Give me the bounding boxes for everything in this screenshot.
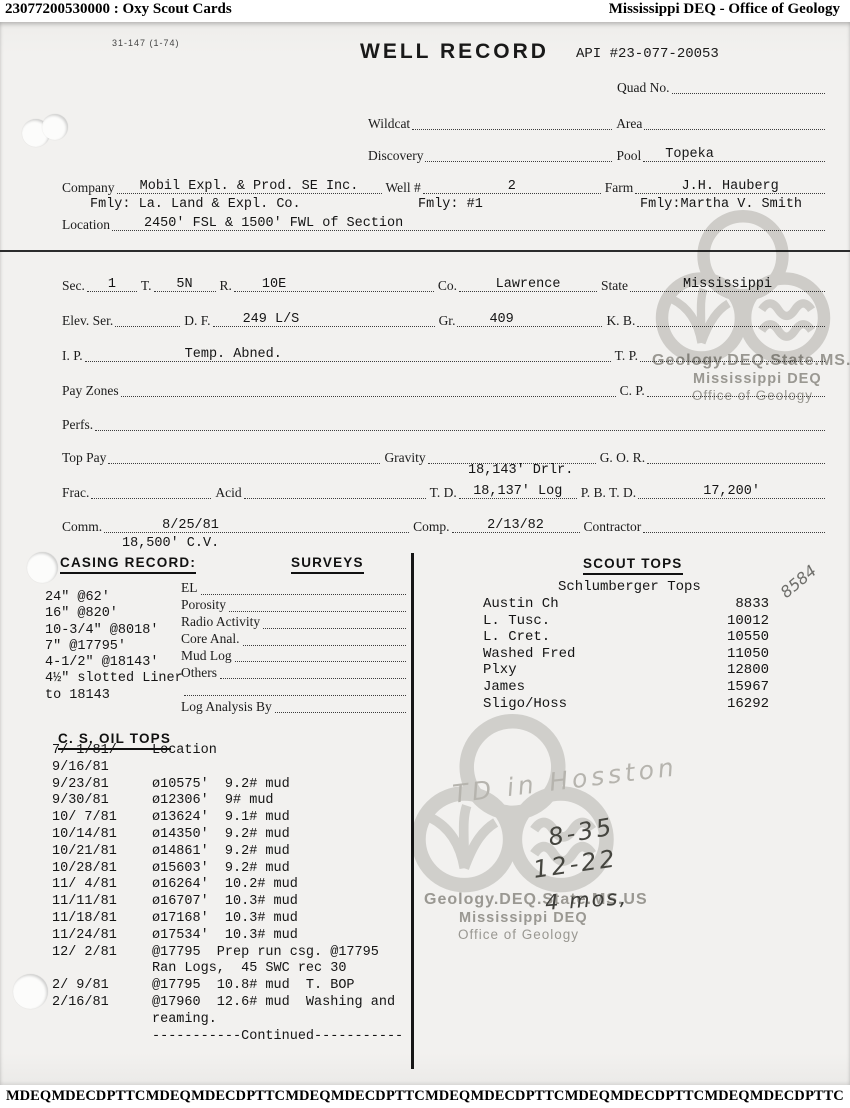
sec-value: 1 bbox=[108, 278, 116, 292]
footer-stamp: MDECD bbox=[471, 1088, 526, 1105]
gr-line: 409 bbox=[457, 307, 602, 327]
pbtd-value: 17,200' bbox=[703, 485, 760, 499]
casing-record-item: 4-1/2" @18143' bbox=[45, 655, 183, 671]
field-quad-no: Quad No. bbox=[617, 74, 825, 94]
sec-line: 1 bbox=[87, 272, 137, 292]
field-company-well-farm: Company Mobil Expl. & Prod. SE Inc. Well… bbox=[62, 174, 825, 194]
county-label: Co. bbox=[434, 279, 459, 293]
contractor-label: Contractor bbox=[580, 520, 644, 534]
county-value: Lawrence bbox=[496, 278, 561, 292]
footer-stamp: MDECD bbox=[750, 1088, 805, 1105]
column-divider-line bbox=[411, 553, 414, 1069]
report-detail: ø14861' 9.2# mud bbox=[152, 844, 290, 861]
surveys-list: EL Porosity Radio Activity Core Anal. Mu… bbox=[181, 578, 406, 713]
survey-dotted-line bbox=[243, 629, 407, 646]
report-detail: @17960 12.6# mud Washing and bbox=[152, 995, 395, 1012]
field-location: Location 2450' FSL & 1500' FWL of Sectio… bbox=[62, 211, 825, 231]
ip-value: Temp. Abned. bbox=[185, 348, 282, 362]
survey-row: Core Anal. bbox=[181, 629, 406, 646]
report-date bbox=[52, 1012, 152, 1029]
report-date: 12/ 2/81 bbox=[52, 945, 152, 962]
survey-label: Mud Log bbox=[181, 649, 235, 663]
perfs-label: Perfs. bbox=[62, 418, 95, 432]
agency-name: Mississippi DEQ - Office of Geology bbox=[609, 1, 840, 18]
footer-stamp: PTTC bbox=[526, 1088, 565, 1105]
oil-tops-row: reaming. bbox=[52, 1012, 403, 1029]
oil-tops-row: -----------Continued----------- bbox=[52, 1029, 403, 1046]
td-log-value: 18,137' Log bbox=[473, 485, 562, 499]
well-no-value: 2 bbox=[508, 180, 516, 194]
hole-punch-top-b bbox=[42, 114, 68, 140]
report-detail: reaming. bbox=[152, 1012, 217, 1029]
scout-tops-row: Washed Fred 11050 bbox=[483, 646, 769, 663]
quad-no-label: Quad No. bbox=[617, 81, 672, 95]
footer-stamp: MDECD bbox=[331, 1088, 386, 1105]
page-title: WELL RECORD bbox=[360, 40, 549, 64]
well-no-label: Well # bbox=[382, 181, 423, 195]
company-value: Mobil Expl. & Prod. SE Inc. bbox=[140, 180, 359, 194]
oil-tops-row: 10/28/81 ø15603' 9.2# mud bbox=[52, 861, 403, 878]
formation-depth: 11050 bbox=[727, 646, 769, 663]
field-wildcat-area: Wildcat Area bbox=[368, 110, 825, 130]
oil-tops-row: 10/21/81 ø14861' 9.2# mud bbox=[52, 844, 403, 861]
scout-tops-row: James 15967 bbox=[483, 679, 769, 696]
well-no-line: 2 bbox=[423, 174, 601, 194]
tp-line bbox=[640, 342, 825, 362]
report-detail: ø13624' 9.1# mud bbox=[152, 810, 290, 827]
farm-label: Farm bbox=[601, 181, 636, 195]
survey-row: Radio Activity bbox=[181, 612, 406, 629]
comm-cv-value: 18,500' C.V. bbox=[122, 536, 219, 551]
survey-row: Log Analysis By bbox=[181, 696, 406, 713]
oil-tops-row: Ran Logs, 45 SWC rec 30 bbox=[52, 961, 403, 978]
formation-name: Austin Ch bbox=[483, 596, 559, 613]
oil-tops-row: 2/ 9/81 @17795 10.8# mud T. BOP bbox=[52, 978, 403, 995]
mdeq-logo-watermark-center bbox=[390, 714, 635, 902]
survey-row: Others bbox=[181, 662, 406, 679]
pool-line: Topeka bbox=[643, 142, 825, 162]
formation-depth: 10012 bbox=[727, 613, 769, 630]
section-divider-line bbox=[0, 250, 850, 252]
report-detail: @17795 10.8# mud T. BOP bbox=[152, 978, 355, 995]
report-date: 2/16/81 bbox=[52, 995, 152, 1012]
survey-label: EL bbox=[181, 581, 201, 595]
handwritten-note-4mos: 4 mos, bbox=[544, 885, 628, 915]
survey-dotted-line bbox=[229, 595, 406, 612]
elev-ser-label: Elev. Ser. bbox=[62, 314, 115, 328]
report-detail: ø17168' 10.3# mud bbox=[152, 911, 298, 928]
df-label: D. F. bbox=[180, 314, 212, 328]
document-id: 23077200530000 : Oxy Scout Cards bbox=[5, 1, 232, 18]
elev-ser-line bbox=[115, 307, 180, 327]
oil-tops-row: 10/14/81 ø14350' 9.2# mud bbox=[52, 827, 403, 844]
company-label: Company bbox=[62, 181, 117, 195]
report-detail: Location bbox=[152, 743, 217, 760]
api-number: API #23-077-20053 bbox=[576, 46, 719, 62]
formation-depth: 16292 bbox=[727, 696, 769, 713]
report-date: 11/24/81 bbox=[52, 928, 152, 945]
report-detail: ø16264' 10.2# mud bbox=[152, 877, 298, 894]
wildcat-label: Wildcat bbox=[368, 117, 412, 131]
form-number: 31-147 (1-74) bbox=[112, 38, 180, 48]
scout-tops-row: Sligo/Hoss 16292 bbox=[483, 696, 769, 713]
pay-zones-label: Pay Zones bbox=[62, 384, 121, 398]
bottom-footer-bar: MDEQMDECDPTTCMDEQMDECDPTTCMDEQMDECDPTTCM… bbox=[0, 1085, 850, 1108]
field-perfs: Perfs. bbox=[62, 411, 825, 431]
survey-label: Radio Activity bbox=[181, 615, 263, 629]
oil-tops-row: 7/ 1/81/ Location bbox=[52, 743, 403, 760]
formation-name: L. Cret. bbox=[483, 629, 550, 646]
survey-row: Mud Log bbox=[181, 646, 406, 663]
gr-value: 409 bbox=[489, 313, 513, 327]
report-detail: ø12306' 9# mud bbox=[152, 793, 274, 810]
report-detail: @17795 Prep run csg. @17795 bbox=[152, 945, 379, 962]
gor-line bbox=[647, 444, 825, 464]
footer-stamp: MDEQ bbox=[704, 1088, 749, 1105]
tp-label: T. P. bbox=[611, 349, 640, 363]
gravity-line bbox=[428, 444, 596, 464]
well-no-fmly: Fmly: #1 bbox=[418, 197, 483, 212]
footer-stamp: MDEQ bbox=[565, 1088, 610, 1105]
oil-tops-row: 10/ 7/81 ø13624' 9.1# mud bbox=[52, 810, 403, 827]
report-date: 10/14/81 bbox=[52, 827, 152, 844]
comp-label: Comp. bbox=[409, 520, 451, 534]
area-line bbox=[644, 110, 825, 130]
oil-tops-row: 2/16/81 @17960 12.6# mud Washing and bbox=[52, 995, 403, 1012]
comp-value: 2/13/82 bbox=[487, 519, 544, 533]
footer-stamp: MDEQ bbox=[425, 1088, 470, 1105]
field-toppay-gravity-gor: Top Pay Gravity G. O. R. bbox=[62, 444, 825, 464]
field-ip-tp: I. P. Temp. Abned. T. P. bbox=[62, 342, 825, 362]
township-line: 5N bbox=[154, 272, 216, 292]
surveys-title: SURVEYS bbox=[291, 555, 364, 574]
survey-label: Others bbox=[181, 666, 220, 680]
watermark-agency-center: Mississippi DEQ bbox=[459, 910, 588, 926]
kb-label: K. B. bbox=[602, 314, 637, 328]
td-label: T. D. bbox=[426, 486, 459, 500]
kb-line bbox=[637, 307, 825, 327]
frac-label: Frac. bbox=[62, 486, 91, 500]
footer-stamp: PTTC bbox=[107, 1088, 146, 1105]
oil-tops-row: 12/ 2/81 @17795 Prep run csg. @17795 bbox=[52, 945, 403, 962]
field-comm-comp-contractor: Comm. 8/25/81 Comp. 2/13/82 Contractor bbox=[62, 513, 825, 533]
contractor-line bbox=[643, 513, 825, 533]
footer-stamp: PTTC bbox=[805, 1088, 844, 1105]
scout-tops-row: L. Cret. 10550 bbox=[483, 629, 769, 646]
state-line: Mississippi bbox=[630, 272, 825, 292]
report-date: 10/21/81 bbox=[52, 844, 152, 861]
survey-label: Core Anal. bbox=[181, 632, 243, 646]
casing-record-list: 24" @62'16" @820'10-3/4" @8018'7" @17795… bbox=[45, 590, 183, 704]
range-line: 10E bbox=[234, 272, 434, 292]
report-detail: Ran Logs, 45 SWC rec 30 bbox=[152, 961, 346, 978]
frac-line bbox=[91, 479, 211, 499]
survey-row: Porosity bbox=[181, 595, 406, 612]
field-discovery-pool: Discovery Pool Topeka bbox=[368, 142, 825, 162]
company-fmly: Fmly: La. Land & Expl. Co. bbox=[90, 197, 301, 212]
gravity-label: Gravity bbox=[380, 451, 427, 465]
report-date bbox=[52, 1029, 152, 1046]
scout-tops-table: Austin Ch 8833 L. Tusc. 10012 L. Cret. 1… bbox=[483, 596, 769, 712]
sec-label: Sec. bbox=[62, 279, 87, 293]
handwritten-note-8-35: 8-35 bbox=[546, 812, 616, 851]
formation-name: Plxy bbox=[483, 662, 517, 679]
footer-stamp: PTTC bbox=[386, 1088, 425, 1105]
survey-dotted-line bbox=[263, 612, 406, 629]
oil-tops-row: 11/18/81 ø17168' 10.3# mud bbox=[52, 911, 403, 928]
county-line: Lawrence bbox=[459, 272, 597, 292]
scout-tops-row: Austin Ch 8833 bbox=[483, 596, 769, 613]
report-date: 11/11/81 bbox=[52, 894, 152, 911]
casing-record-item: 10-3/4" @8018' bbox=[45, 623, 183, 639]
farm-value: J.H. Hauberg bbox=[682, 180, 779, 194]
report-detail: ø15603' 9.2# mud bbox=[152, 861, 290, 878]
report-date: 2/ 9/81 bbox=[52, 978, 152, 995]
discovery-label: Discovery bbox=[368, 149, 425, 163]
survey-label: Porosity bbox=[181, 598, 229, 612]
discovery-line bbox=[425, 142, 612, 162]
survey-row: EL bbox=[181, 578, 406, 595]
formation-name: Washed Fred bbox=[483, 646, 575, 663]
footer-stamp: PTTC bbox=[665, 1088, 704, 1105]
report-detail: ø17534' 10.3# mud bbox=[152, 928, 298, 945]
td-line: 18,137' Log bbox=[459, 479, 577, 499]
company-line: Mobil Expl. & Prod. SE Inc. bbox=[117, 174, 382, 194]
area-label: Area bbox=[612, 117, 644, 131]
handwritten-scout-number: 8584 bbox=[777, 561, 820, 602]
footer-stamp: MDEQ bbox=[6, 1088, 51, 1105]
report-date: 9/30/81 bbox=[52, 793, 152, 810]
footer-stamp: PTTC bbox=[246, 1088, 285, 1105]
report-date: 10/28/81 bbox=[52, 861, 152, 878]
report-date: 11/18/81 bbox=[52, 911, 152, 928]
report-detail: -----------Continued----------- bbox=[152, 1029, 403, 1046]
ip-line: Temp. Abned. bbox=[85, 342, 611, 362]
survey-label: Log Analysis By bbox=[181, 700, 275, 714]
scanned-well-record-page: 31-147 (1-74) WELL RECORD API #23-077-20… bbox=[0, 22, 850, 1085]
casing-record-item: 16" @820' bbox=[45, 606, 183, 622]
gor-label: G. O. R. bbox=[596, 451, 647, 465]
scout-tops-title: SCOUT TOPS bbox=[583, 556, 683, 575]
top-pay-line bbox=[108, 444, 380, 464]
scout-tops-row: L. Tusc. 10012 bbox=[483, 613, 769, 630]
formation-depth: 15967 bbox=[727, 679, 769, 696]
footer-stamp: MDEQ bbox=[146, 1088, 191, 1105]
report-date: 7/ 1/81/ bbox=[52, 743, 152, 760]
survey-dotted-line bbox=[220, 662, 406, 679]
acid-line bbox=[244, 479, 426, 499]
acid-label: Acid bbox=[211, 486, 243, 500]
report-date: 11/ 4/81 bbox=[52, 877, 152, 894]
farm-line: J.H. Hauberg bbox=[635, 174, 825, 194]
ip-label: I. P. bbox=[62, 349, 85, 363]
df-value: 249 L/S bbox=[243, 313, 300, 327]
field-elev-df-gr-kb: Elev. Ser. D. F. 249 L/S Gr. 409 K. B. bbox=[62, 307, 825, 327]
scout-tops-row: Plxy 12800 bbox=[483, 662, 769, 679]
oil-tops-table: 7/ 1/81/ Location 9/16/81 9/23/81 ø10575… bbox=[52, 743, 403, 1045]
casing-record-item: 24" @62' bbox=[45, 590, 183, 606]
field-frac-acid-td-pbtd: Frac. Acid T. D. 18,137' Log P. B. T. D.… bbox=[62, 479, 825, 499]
comp-line: 2/13/82 bbox=[452, 513, 580, 533]
survey-dotted-line bbox=[201, 578, 407, 595]
field-payzones-cp: Pay Zones C. P. bbox=[62, 377, 825, 397]
oil-tops-row: 9/30/81 ø12306' 9# mud bbox=[52, 793, 403, 810]
survey-dotted-line bbox=[184, 679, 406, 696]
pool-label: Pool bbox=[612, 149, 643, 163]
report-date: 10/ 7/81 bbox=[52, 810, 152, 827]
survey-row bbox=[181, 679, 406, 696]
farm-fmly: Fmly:Martha V. Smith bbox=[640, 197, 802, 212]
td-drlr-value: 18,143' Drlr. bbox=[468, 463, 573, 478]
township-label: T. bbox=[137, 279, 154, 293]
oil-tops-row: 11/ 4/81 ø16264' 10.2# mud bbox=[52, 877, 403, 894]
survey-dotted-line bbox=[235, 646, 406, 663]
df-line: 249 L/S bbox=[213, 307, 435, 327]
formation-name: James bbox=[483, 679, 525, 696]
pbtd-label: P. B. T. D. bbox=[577, 486, 638, 500]
top-pay-label: Top Pay bbox=[62, 451, 108, 465]
gr-label: Gr. bbox=[435, 314, 458, 328]
casing-record-item: to 18143 bbox=[45, 688, 183, 704]
formation-depth: 8833 bbox=[735, 596, 769, 613]
comm-line: 8/25/81 bbox=[104, 513, 409, 533]
cp-line bbox=[647, 377, 825, 397]
state-value: Mississippi bbox=[683, 278, 772, 292]
report-detail: ø14350' 9.2# mud bbox=[152, 827, 290, 844]
location-value: 2450' FSL & 1500' FWL of Section bbox=[144, 217, 403, 231]
footer-stamp: MDEQ bbox=[285, 1088, 330, 1105]
report-detail: ø16707' 10.3# mud bbox=[152, 894, 298, 911]
oil-tops-row: 11/24/81 ø17534' 10.3# mud bbox=[52, 928, 403, 945]
scout-tops-subtitle: Schlumberger Tops bbox=[558, 579, 701, 595]
oil-tops-row: 9/23/81 ø10575' 9.2# mud bbox=[52, 777, 403, 794]
hole-punch-middle bbox=[27, 552, 58, 583]
formation-depth: 10550 bbox=[727, 629, 769, 646]
footer-stamp: MDECD bbox=[610, 1088, 665, 1105]
report-date bbox=[52, 961, 152, 978]
survey-dotted-line bbox=[275, 696, 406, 713]
footer-stamp: MDECD bbox=[51, 1088, 106, 1105]
perfs-line bbox=[95, 411, 825, 431]
watermark-url-center: Geology.DEQ.State.MS.US bbox=[424, 891, 648, 909]
pool-value: Topeka bbox=[665, 148, 714, 162]
quad-no-line bbox=[672, 74, 826, 94]
watermark-office-center: Office of Geology bbox=[458, 927, 579, 942]
location-label: Location bbox=[62, 218, 112, 232]
handwritten-td-note: TD in Hosston bbox=[451, 752, 679, 808]
report-detail: ø10575' 9.2# mud bbox=[152, 777, 290, 794]
pay-zones-line bbox=[121, 377, 616, 397]
cp-label: C. P. bbox=[616, 384, 647, 398]
pbtd-line: 17,200' bbox=[638, 479, 825, 499]
location-line: 2450' FSL & 1500' FWL of Section bbox=[112, 211, 825, 231]
hole-punch-bottom bbox=[13, 974, 48, 1009]
top-header-bar: 23077200530000 : Oxy Scout Cards Mississ… bbox=[0, 0, 850, 22]
footer-stamp: MDECD bbox=[191, 1088, 246, 1105]
range-label: R. bbox=[216, 279, 234, 293]
report-date: 9/23/81 bbox=[52, 777, 152, 794]
casing-record-title: CASING RECORD: bbox=[60, 555, 196, 574]
casing-record-item: 7" @17795' bbox=[45, 639, 183, 655]
comm-value: 8/25/81 bbox=[162, 519, 219, 533]
state-label: State bbox=[597, 279, 630, 293]
casing-record-item: 4½" slotted Liner bbox=[45, 671, 183, 687]
handwritten-note-12-22: 12-22 bbox=[531, 844, 619, 884]
comm-label: Comm. bbox=[62, 520, 104, 534]
wildcat-line bbox=[412, 110, 612, 130]
report-date: 9/16/81 bbox=[52, 760, 152, 777]
formation-depth: 12800 bbox=[727, 662, 769, 679]
oil-tops-row: 11/11/81 ø16707' 10.3# mud bbox=[52, 894, 403, 911]
formation-name: Sligo/Hoss bbox=[483, 696, 567, 713]
range-value: 10E bbox=[262, 278, 286, 292]
township-value: 5N bbox=[176, 278, 192, 292]
oil-tops-row: 9/16/81 bbox=[52, 760, 403, 777]
formation-name: L. Tusc. bbox=[483, 613, 550, 630]
field-sec-t-r-co-state: Sec. 1 T. 5N R. 10E Co. Lawrence State M… bbox=[62, 272, 825, 292]
